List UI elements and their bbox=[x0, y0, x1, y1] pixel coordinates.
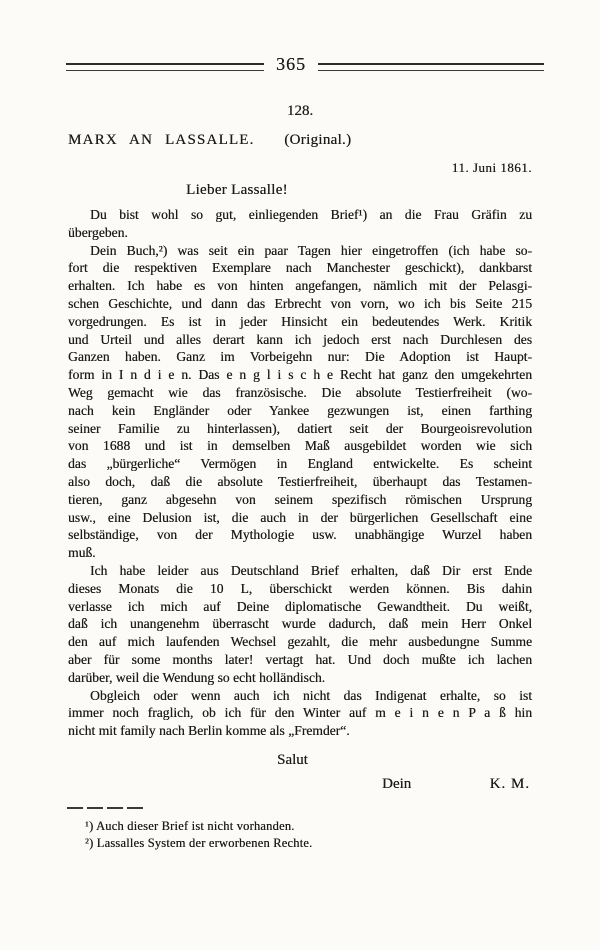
body-line: von 1688 und ist in demselben Maß ausgeb… bbox=[68, 437, 532, 455]
body-line: den auf mich laufenden Wechsel gezahlt, … bbox=[68, 633, 532, 651]
closing-signature: K. M. bbox=[490, 776, 530, 793]
body-line: immer noch fraglich, ob ich für den Wint… bbox=[68, 704, 532, 722]
body-line: schen Geschichte, und dann das Erbrecht … bbox=[68, 295, 532, 313]
paragraph: Obgleich oder wenn auch ich nicht das In… bbox=[68, 687, 532, 740]
header-rule-left bbox=[66, 63, 264, 71]
letter-body: Du bist wohl so gut, einliegenden Brief¹… bbox=[68, 206, 532, 740]
body-line: Obgleich oder wenn auch ich nicht das In… bbox=[68, 687, 532, 705]
body-line: selbständige, von der Mythologie usw. un… bbox=[68, 526, 532, 544]
closing-salut: Salut bbox=[68, 752, 532, 769]
body-line: Ganzen haben. Ganz im Vorbeigehn nur: Di… bbox=[68, 348, 532, 366]
body-line: nicht mit family nach Berlin komme als „… bbox=[68, 722, 532, 740]
letter-heading-note: (Original.) bbox=[284, 132, 351, 148]
header-rule-right bbox=[318, 63, 544, 71]
letter-heading: MARX AN LASSALLE. bbox=[68, 132, 255, 148]
body-line: Du bist wohl so gut, einliegenden Brief¹… bbox=[68, 206, 532, 224]
body-line: darüber, weil die Wendung so echt hollän… bbox=[68, 669, 532, 687]
body-line: also doch, daß die absolute Testierfreih… bbox=[68, 473, 532, 491]
body-line: fort die respektiven Exemplare nach Manc… bbox=[68, 259, 532, 277]
salutation: Lieber Lassalle! bbox=[186, 182, 288, 199]
page-number: 365 bbox=[264, 54, 318, 75]
body-line: und Urteil und alles derart kann ich jed… bbox=[68, 331, 532, 349]
body-line: das „bürgerliche“ Vermögen in England en… bbox=[68, 455, 532, 473]
body-line: aber für some months later! vertagt hat.… bbox=[68, 651, 532, 669]
body-line: erhalten. Ich habe es von hinten angefan… bbox=[68, 277, 532, 295]
footnote-2: ²) Lassalles System der erworbenen Recht… bbox=[85, 835, 505, 851]
body-line: form in I n d i e n. Das e n g l i s c h… bbox=[68, 366, 532, 384]
footnote-rule bbox=[67, 807, 145, 809]
body-line: daß ich unangenehm überrascht wurde dadu… bbox=[68, 615, 532, 633]
body-line: usw., eine Delusion ist, die auch in der… bbox=[68, 509, 532, 527]
body-line: muß. bbox=[68, 544, 532, 562]
body-line: tieren, ganz abgesehn von seinem spezifi… bbox=[68, 491, 532, 509]
body-line: seiner Familie zu hinterlassen), datiert… bbox=[68, 420, 532, 438]
body-line: dieses Monats die 10 L, überschickt werd… bbox=[68, 580, 532, 598]
body-line: Ich habe leider aus Deutschland Brief er… bbox=[68, 562, 532, 580]
body-line: vorgedrungen. Es ist in jeder Hinsicht e… bbox=[68, 313, 532, 331]
body-line: Dein Buch,²) was seit ein paar Tagen hie… bbox=[68, 242, 532, 260]
body-line: nach kein Engländer oder Yankee gezwunge… bbox=[68, 402, 532, 420]
letter-number: 128. bbox=[68, 103, 532, 120]
closing-line: Dein K. M. bbox=[68, 776, 532, 796]
book-page: 365 128. MARX AN LASSALLE. (Original.) 1… bbox=[0, 0, 600, 950]
paragraph: Du bist wohl so gut, einliegenden Brief¹… bbox=[68, 206, 532, 242]
footnote-1: ¹) Auch dieser Brief ist nicht vorhanden… bbox=[85, 818, 505, 834]
paragraph: Ich habe leider aus Deutschland Brief er… bbox=[68, 562, 532, 687]
body-line: verlasse ich mich auf Deine diplomatisch… bbox=[68, 598, 532, 616]
letter-date: 11. Juni 1861. bbox=[68, 160, 532, 176]
letter-heading-line: MARX AN LASSALLE. (Original.) bbox=[68, 132, 546, 149]
body-line: übergeben. bbox=[68, 224, 532, 242]
paragraph: Dein Buch,²) was seit ein paar Tagen hie… bbox=[68, 242, 532, 562]
closing-valediction: Dein bbox=[382, 776, 411, 793]
page-header: 365 bbox=[66, 58, 544, 75]
body-line: Weg gemacht wie das französische. Die ab… bbox=[68, 384, 532, 402]
